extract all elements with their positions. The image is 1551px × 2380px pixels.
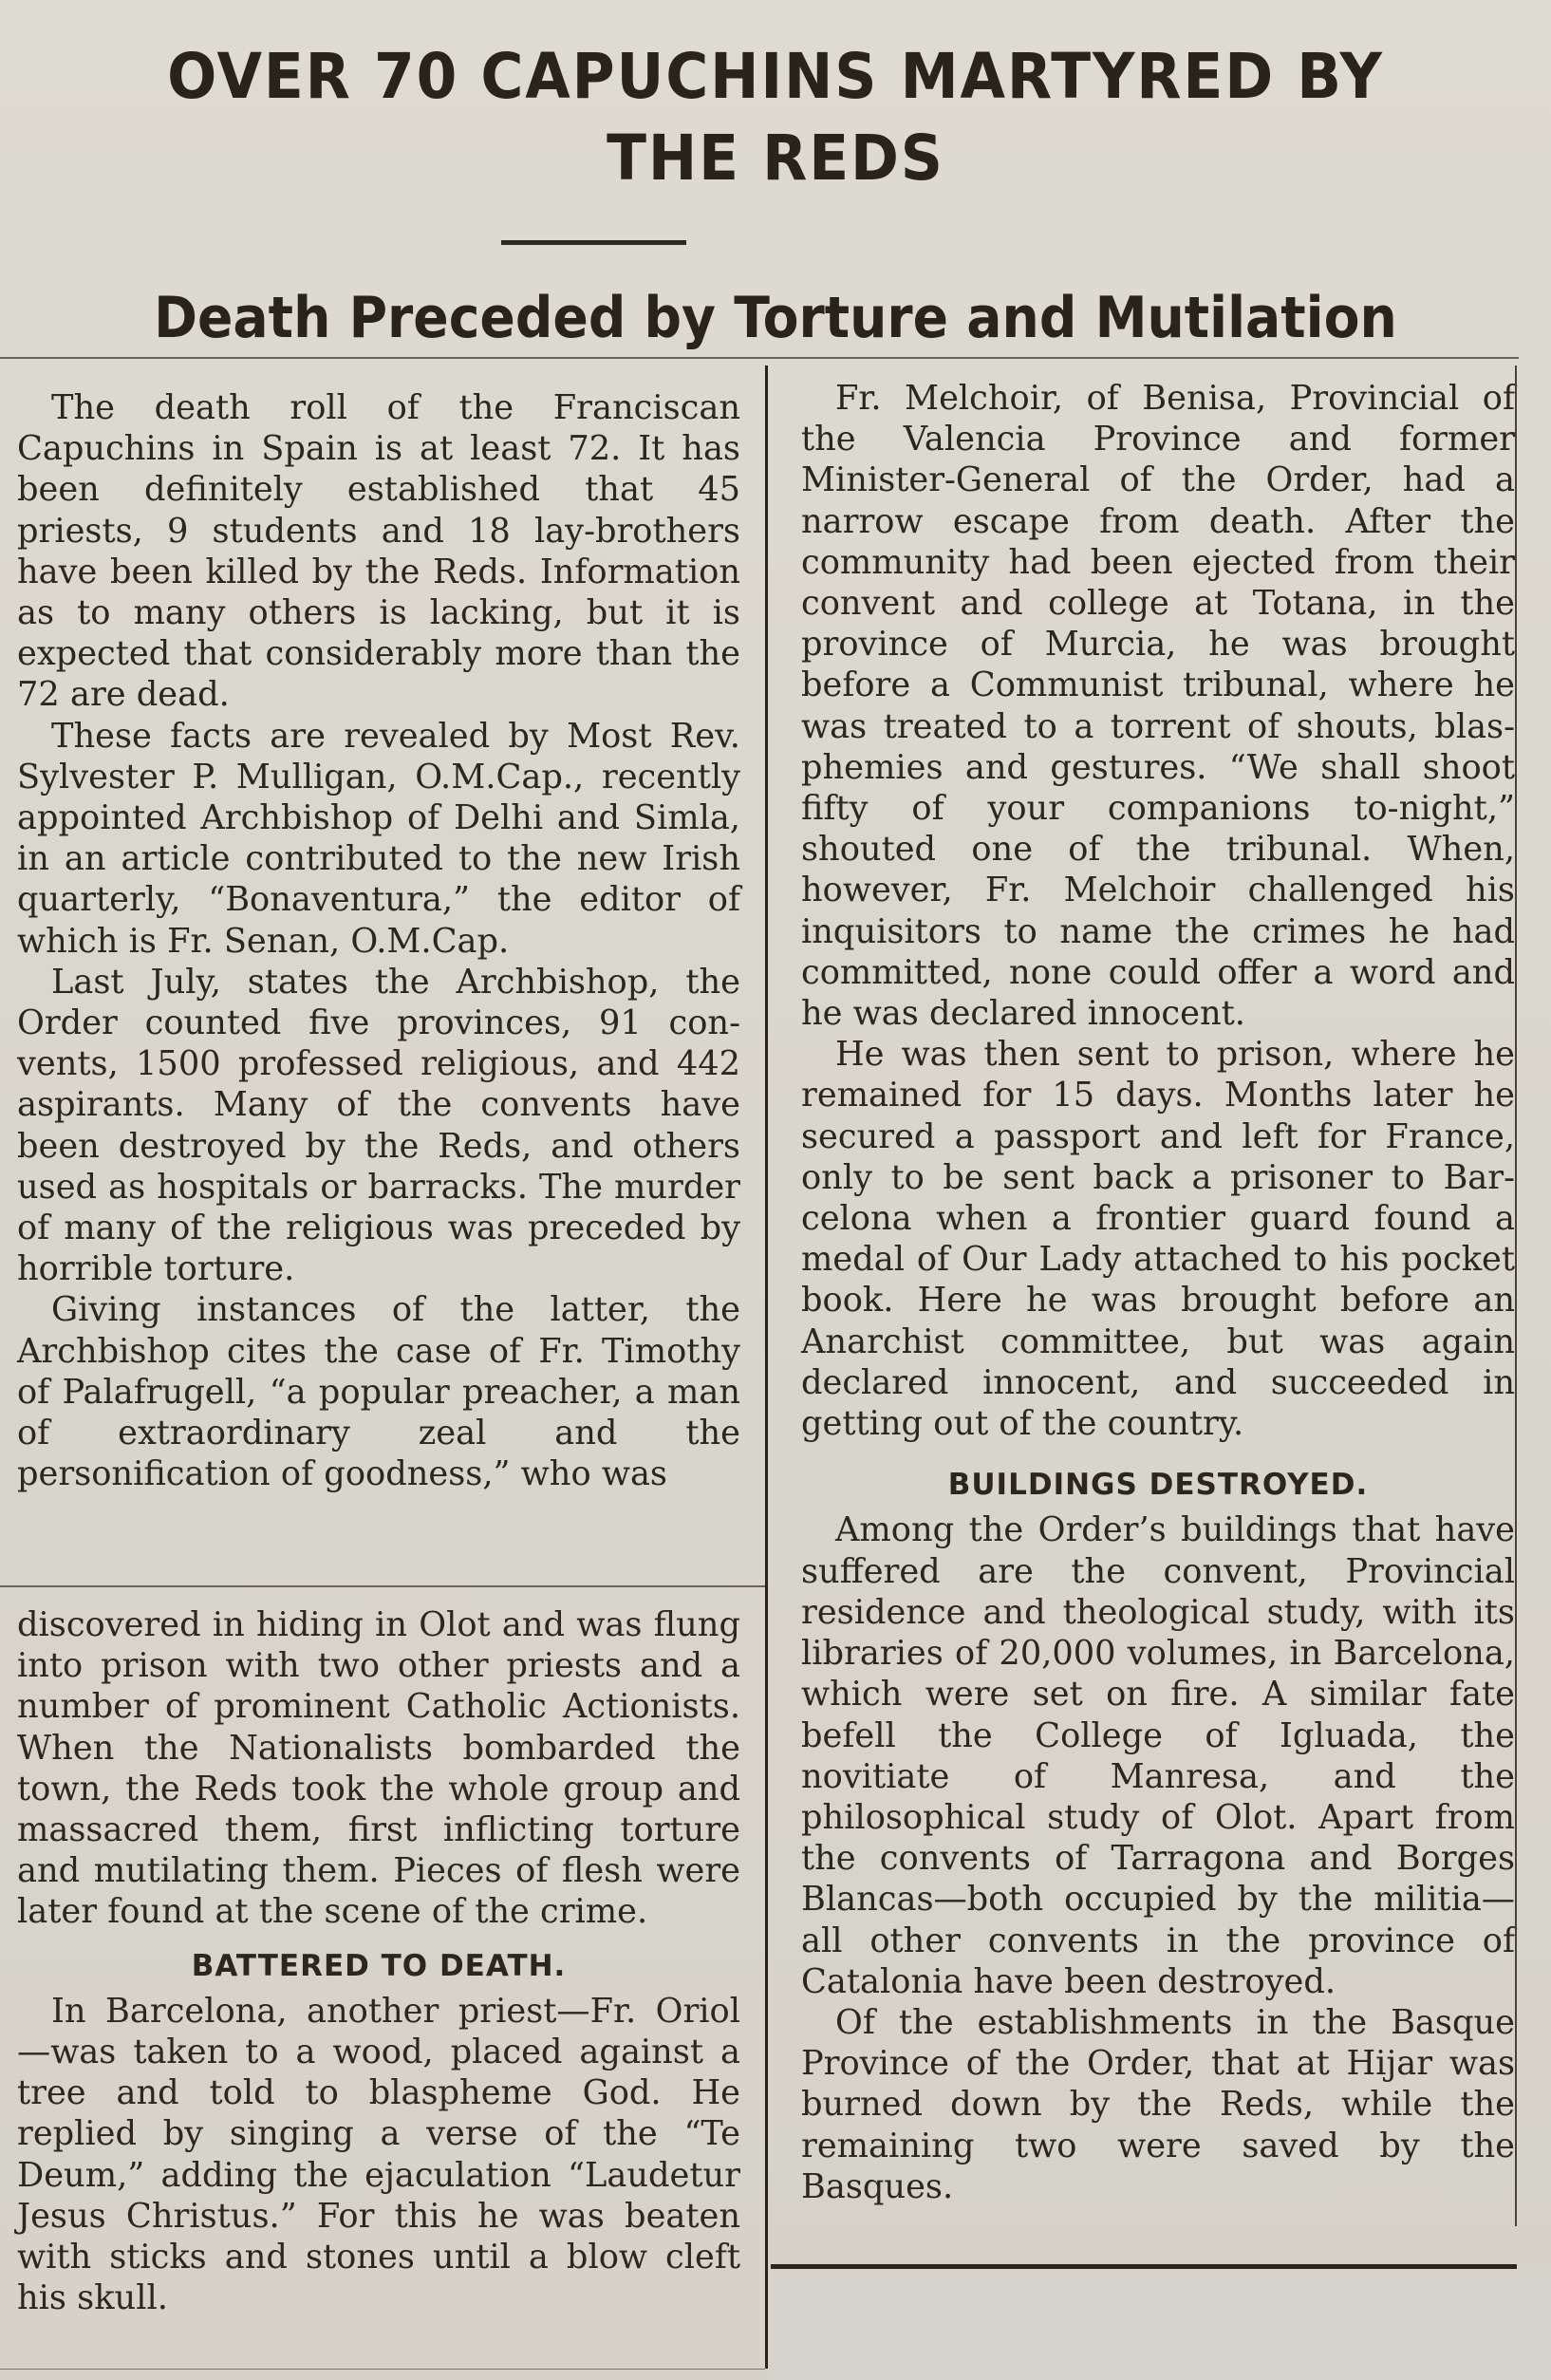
- paragraph: Fr. Melchoir, of Benisa, Provincial of t…: [801, 378, 1515, 1034]
- paragraph: Among the Order’s buildings that have su…: [801, 1509, 1515, 2001]
- headline-divider: [501, 240, 686, 245]
- headline-line-1: OVER 70 CAPUCHINS MARTYRED BY: [54, 40, 1497, 113]
- paragraph: In Barcelona, another priest—Fr. Oriol —…: [17, 1991, 740, 2319]
- paragraph: These facts are revealed by Most Rev. Sy…: [17, 716, 740, 962]
- right-column: Fr. Melchoir, of Benisa, Provincial of t…: [801, 378, 1515, 2207]
- subheadline: Death Preceded by Torture and Mutilation: [62, 285, 1488, 351]
- background-surface: [768, 2269, 1551, 2380]
- paragraph: The death roll of the Franciscan Capuchi…: [17, 387, 740, 716]
- left-column-bottom-edge: [0, 2369, 765, 2370]
- clipping-cut-line: [0, 1585, 765, 1587]
- newspaper-clipping: OVER 70 CAPUCHINS MARTYRED BY THE REDS D…: [0, 0, 1551, 2380]
- right-column-bottom-rule: [771, 2264, 1517, 2269]
- left-column-lower: discovered in hiding in Olot and was flu…: [17, 1604, 740, 2318]
- paragraph: Last July, states the Archbishop, the Or…: [17, 962, 740, 1290]
- paragraph-continuation: discovered in hiding in Olot and was flu…: [17, 1604, 740, 1933]
- section-heading-battered: BATTERED TO DEATH.: [17, 1946, 740, 1987]
- paragraph: He was then sent to prison, where he rem…: [801, 1034, 1515, 1444]
- paragraph: Of the establishments in the Basque Prov…: [801, 2002, 1515, 2207]
- headline-line-2: THE REDS: [54, 122, 1497, 195]
- column-divider: [765, 365, 768, 2369]
- right-border: [1515, 365, 1517, 2226]
- clipping-top-edge: [0, 357, 1519, 359]
- paragraph: Giving instances of the latter, the Arch…: [17, 1289, 740, 1494]
- section-heading-buildings: BUILDINGS DESTROYED.: [801, 1465, 1515, 1506]
- left-column-upper: The death roll of the Franciscan Capuchi…: [17, 387, 740, 1494]
